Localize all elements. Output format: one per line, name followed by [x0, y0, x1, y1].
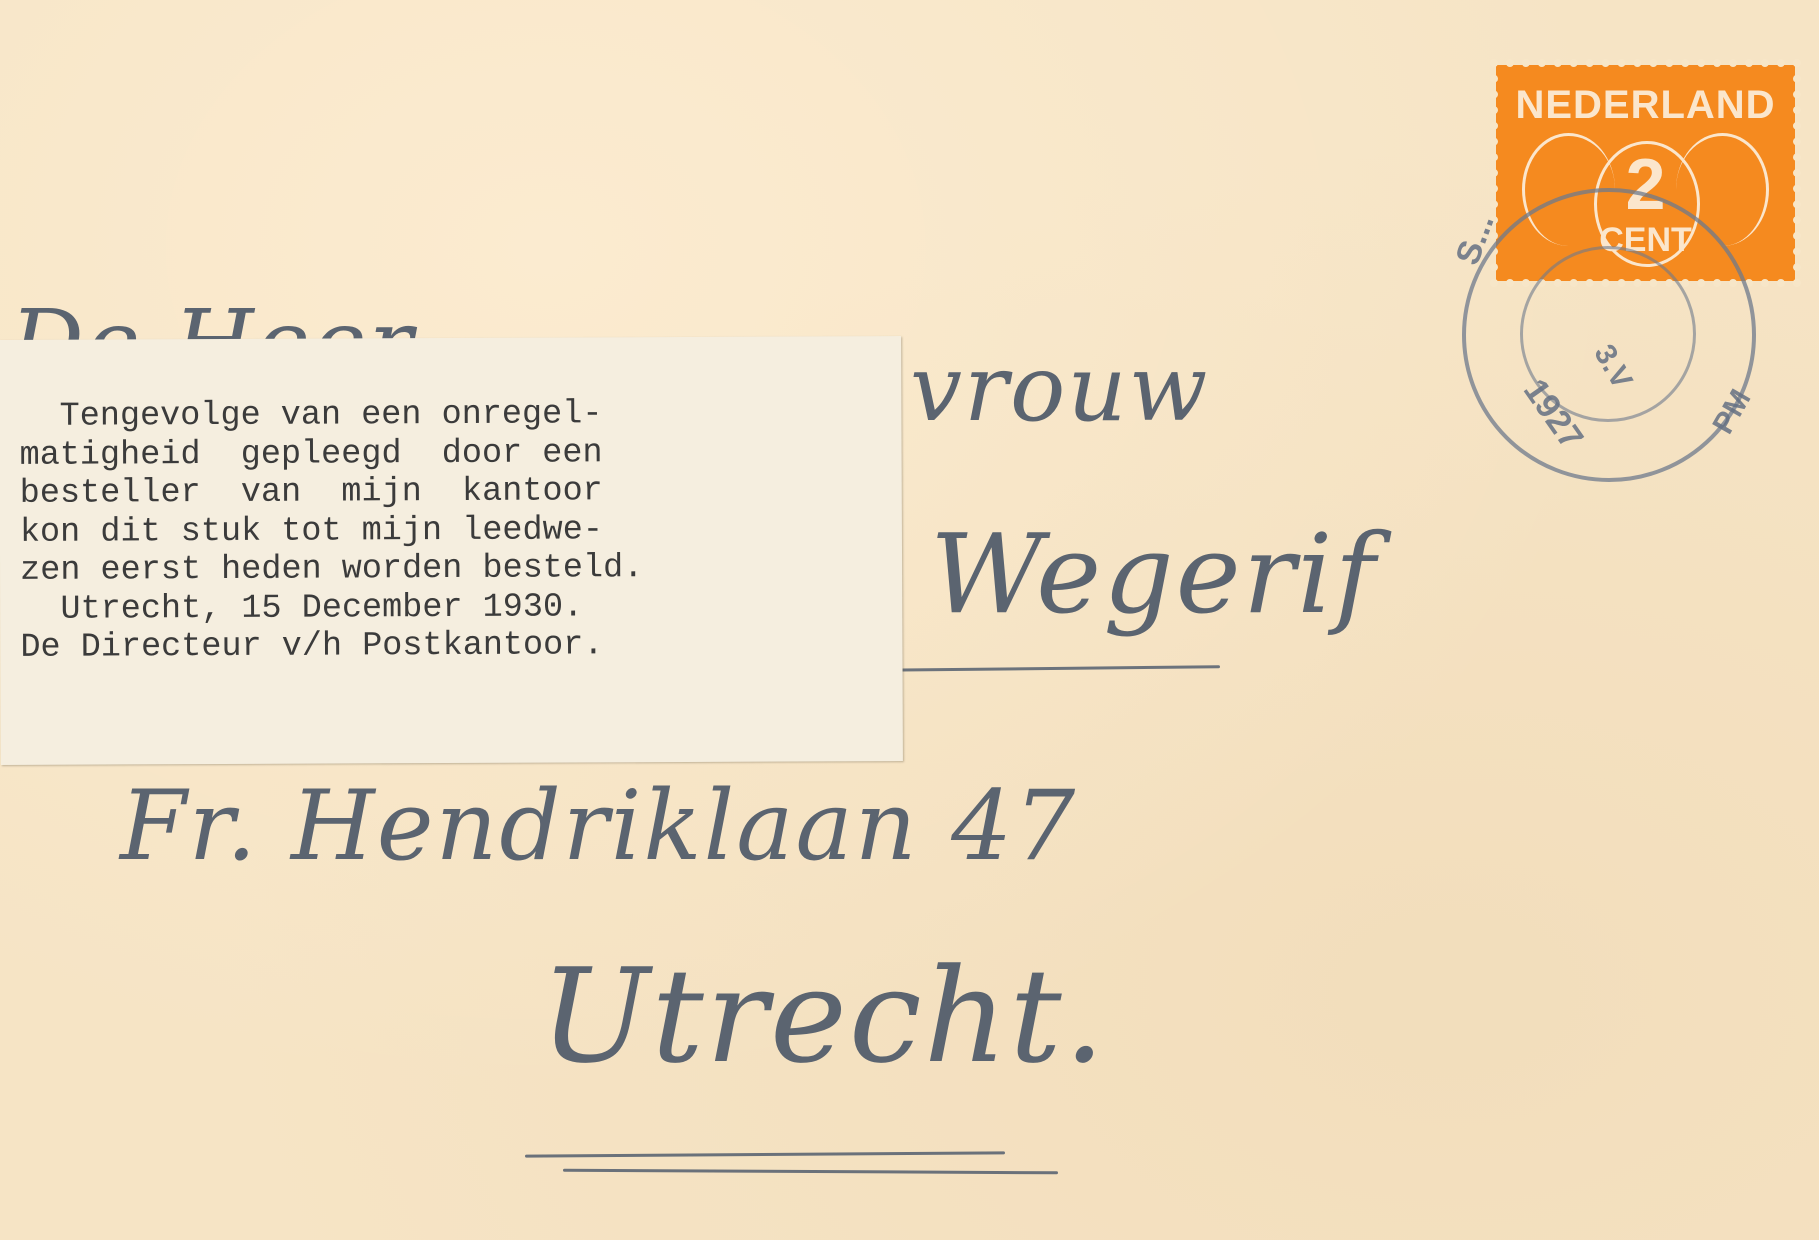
- address-street: Fr. Hendriklaan 47: [120, 770, 1077, 882]
- notice-line: besteller van mijn kantoor: [20, 471, 880, 513]
- address-name: Wegerif: [930, 510, 1377, 638]
- notice-line: zen eerst heden worden besteld.: [20, 548, 880, 590]
- address-salutation-end: vrouw: [910, 335, 1209, 442]
- stamp-country: NEDERLAND: [1502, 83, 1789, 128]
- notice-line: De Directeur v/h Postkantoor.: [20, 625, 880, 667]
- notice-line: Utrecht, 15 December 1930.: [20, 587, 880, 629]
- notice-line: Tengevolge van een onregel-: [19, 394, 879, 436]
- address-city: Utrecht.: [540, 940, 1107, 1092]
- notice-line: kon dit stuk tot mijn leedwe-: [20, 510, 880, 552]
- post-office-notice-label: Tengevolge van een onregel- matigheid ge…: [0, 336, 903, 765]
- notice-text: Tengevolge van een onregel- matigheid ge…: [19, 394, 880, 667]
- notice-line: matigheid gepleegd door een: [19, 433, 879, 475]
